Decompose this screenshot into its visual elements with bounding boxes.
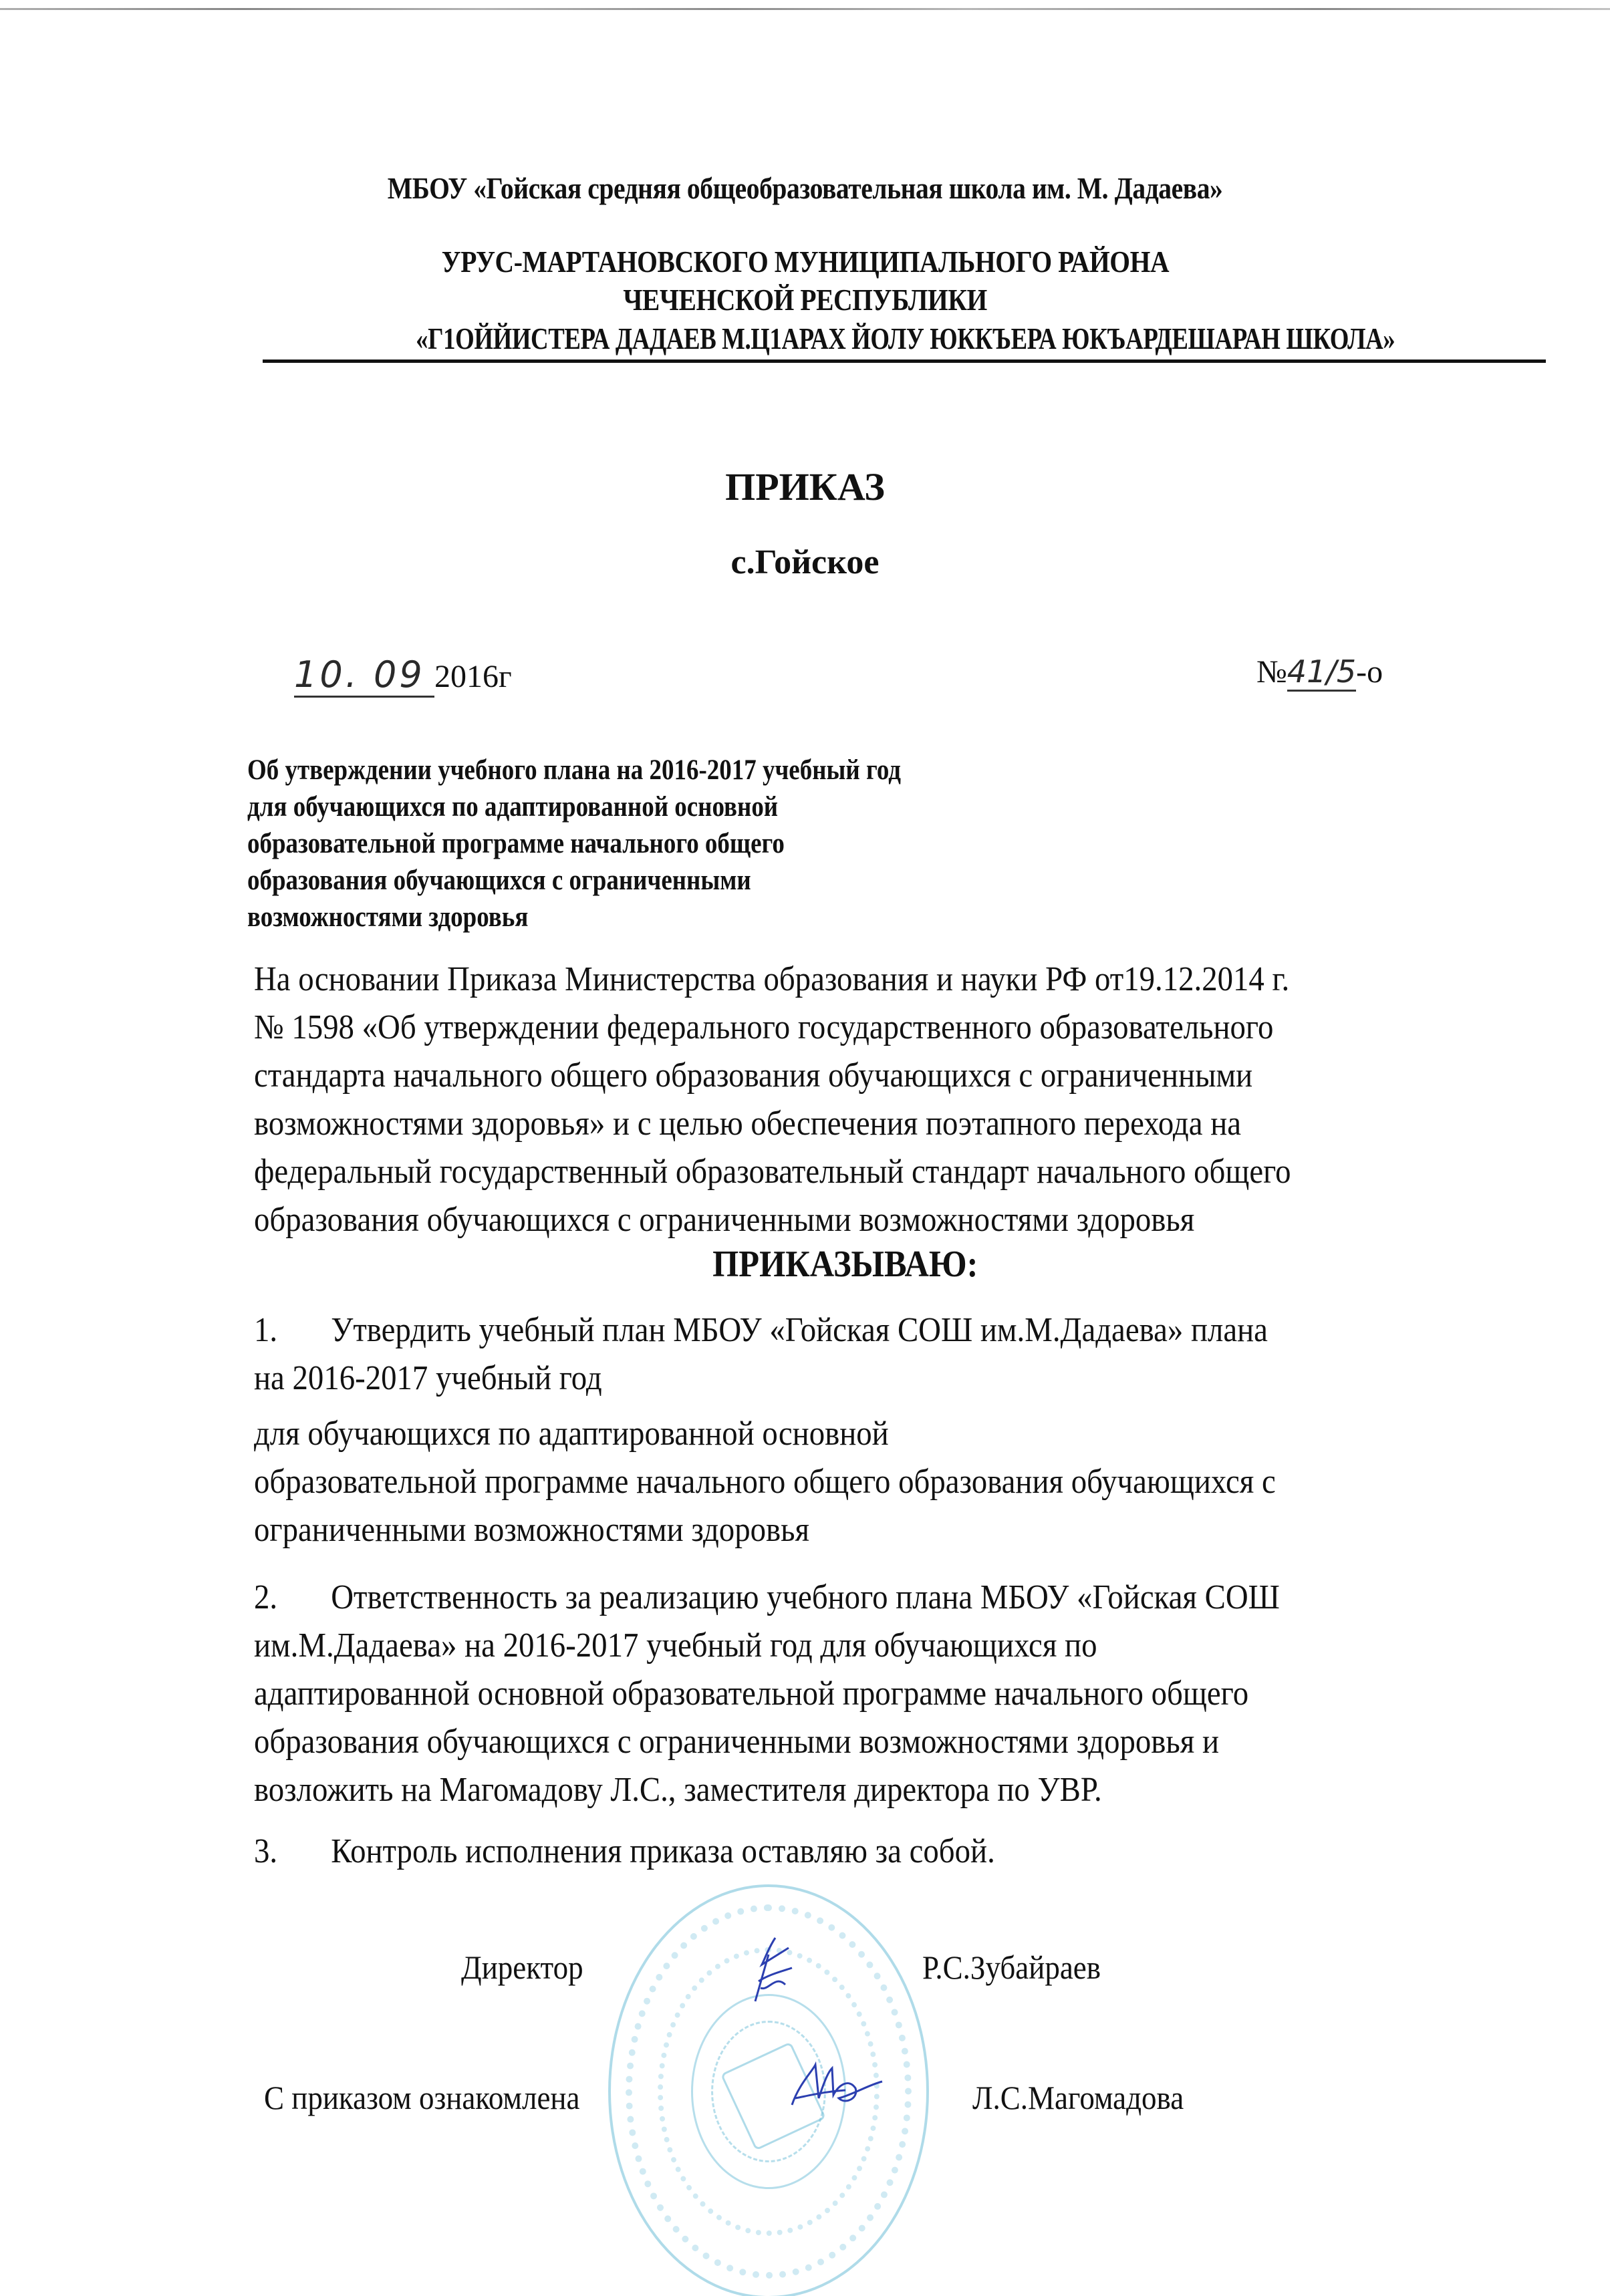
document-place: с.Гойское: [0, 543, 1610, 582]
item-line: адаптированной основной образовательной …: [254, 1670, 1248, 1718]
item-line: Утвердить учебный план МБОУ «Гойская СОШ…: [331, 1311, 1268, 1349]
district-line-1: УРУС-МАРТАНОВСКОГО МУНИЦИПАЛЬНОГО РАЙОНА: [0, 244, 1610, 279]
subject-line: образовательной программе начального общ…: [247, 825, 785, 862]
item-number: 1.: [254, 1306, 331, 1354]
director-signature-icon: [728, 1934, 809, 2008]
subject-line: для обучающихся по адаптированной основн…: [247, 788, 778, 825]
number-suffix: -о: [1356, 654, 1383, 690]
order-item-1-continuation: для обучающихся по адаптированной основн…: [254, 1410, 1389, 1554]
date-handwritten: 10. 09: [294, 654, 434, 698]
district-line-2: ЧЕЧЕНСКОЙ РЕСПУБЛИКИ: [0, 282, 1610, 317]
item-line: Ответственность за реализацию учебного п…: [331, 1578, 1280, 1616]
document-number: №41/5-о: [1256, 654, 1383, 690]
acknowledged-name-text: Л.С.Магомадова: [972, 2078, 1184, 2117]
document-date: 10. 092016г: [294, 654, 512, 698]
school-name: МБОУ «Гойская средняя общеобразовательна…: [0, 170, 1610, 206]
item-line: образования обучающихся с ограниченными …: [254, 1718, 1219, 1766]
date-year: 2016г: [434, 659, 512, 694]
order-item-1: 1.Утвердить учебный план МБОУ «Гойская С…: [254, 1306, 1381, 1403]
subject-line: Об утверждении учебного плана на 2016-20…: [247, 752, 901, 788]
item-number: 2.: [254, 1574, 331, 1622]
preamble-line: образования обучающихся с ограниченными …: [254, 1196, 1194, 1244]
order-item-3: 3.Контроль исполнения приказа оставляю з…: [254, 1828, 1077, 1876]
preamble-line: федеральный государственный образователь…: [254, 1148, 1291, 1196]
subject-line: образования обучающихся с ограниченными: [247, 862, 751, 899]
district-line-1-text: УРУС-МАРТАНОВСКОГО МУНИЦИПАЛЬНОГО РАЙОНА: [441, 244, 1169, 279]
order-subject: Об утверждении учебного плана на 2016-20…: [247, 752, 1007, 936]
director-name: Р.С.Зубайраев: [922, 1948, 1121, 1987]
order-heading-text: ПРИКАЗЫВАЮ:: [712, 1243, 978, 1286]
scan-edge-line: [0, 8, 1610, 10]
item-line: ограниченными возможностями здоровья: [254, 1506, 809, 1554]
document-title: ПРИКАЗ: [0, 464, 1610, 509]
subject-line: возможностями здоровья: [247, 899, 528, 936]
preamble-line: На основании Приказа Министерства образо…: [254, 956, 1289, 1004]
director-label-text: Директор: [461, 1948, 583, 1987]
preamble-line: № 1598 «Об утверждении федерального госу…: [254, 1004, 1273, 1052]
item-line: возложить на Магомадову Л.С., заместител…: [254, 1766, 1102, 1814]
chechen-school-name-text: «Г1ОЙЙИСТЕРА ДАДАЕВ М.Ц1АРАХ ЙОЛУ ЮККЪЕР…: [416, 321, 1395, 356]
preamble: На основании Приказа Министерства образо…: [254, 956, 1406, 1244]
acknowledged-signature-icon: [785, 2058, 886, 2118]
acknowledged-label-text: С приказом ознакомлена: [264, 2078, 579, 2117]
director-label: Директор: [461, 1948, 597, 1987]
item-line: образовательной программе начального общ…: [254, 1458, 1276, 1506]
number-handwritten: 41/5: [1287, 654, 1356, 692]
director-name-text: Р.С.Зубайраев: [922, 1948, 1101, 1987]
order-heading: ПРИКАЗЫВАЮ:: [0, 1243, 1610, 1286]
district-line-2-text: ЧЕЧЕНСКОЙ РЕСПУБЛИКИ: [623, 282, 987, 317]
number-prefix: №: [1256, 654, 1287, 690]
acknowledged-label: С приказом ознакомлена: [264, 2078, 615, 2117]
preamble-line: возможностями здоровья» и с целью обеспе…: [254, 1100, 1241, 1148]
item-line: Контроль исполнения приказа оставляю за …: [331, 1832, 995, 1870]
chechen-school-name: «Г1ОЙЙИСТЕРА ДАДАЕВ М.Ц1АРАХ ЙОЛУ ЮККЪЕР…: [264, 321, 1547, 356]
item-number: 3.: [254, 1828, 331, 1876]
item-line: для обучающихся по адаптированной основн…: [254, 1410, 889, 1458]
school-name-text: МБОУ «Гойская средняя общеобразовательна…: [388, 170, 1223, 206]
preamble-line: стандарта начального общего образования …: [254, 1052, 1252, 1100]
order-item-2: 2.Ответственность за реализацию учебного…: [254, 1574, 1393, 1814]
item-line: на 2016-2017 учебный год: [254, 1354, 602, 1403]
acknowledged-name: Л.С.Магомадова: [972, 2078, 1207, 2117]
header-underline: [263, 360, 1546, 363]
item-line: им.М.Дадаева» на 2016-2017 учебный год д…: [254, 1622, 1097, 1670]
